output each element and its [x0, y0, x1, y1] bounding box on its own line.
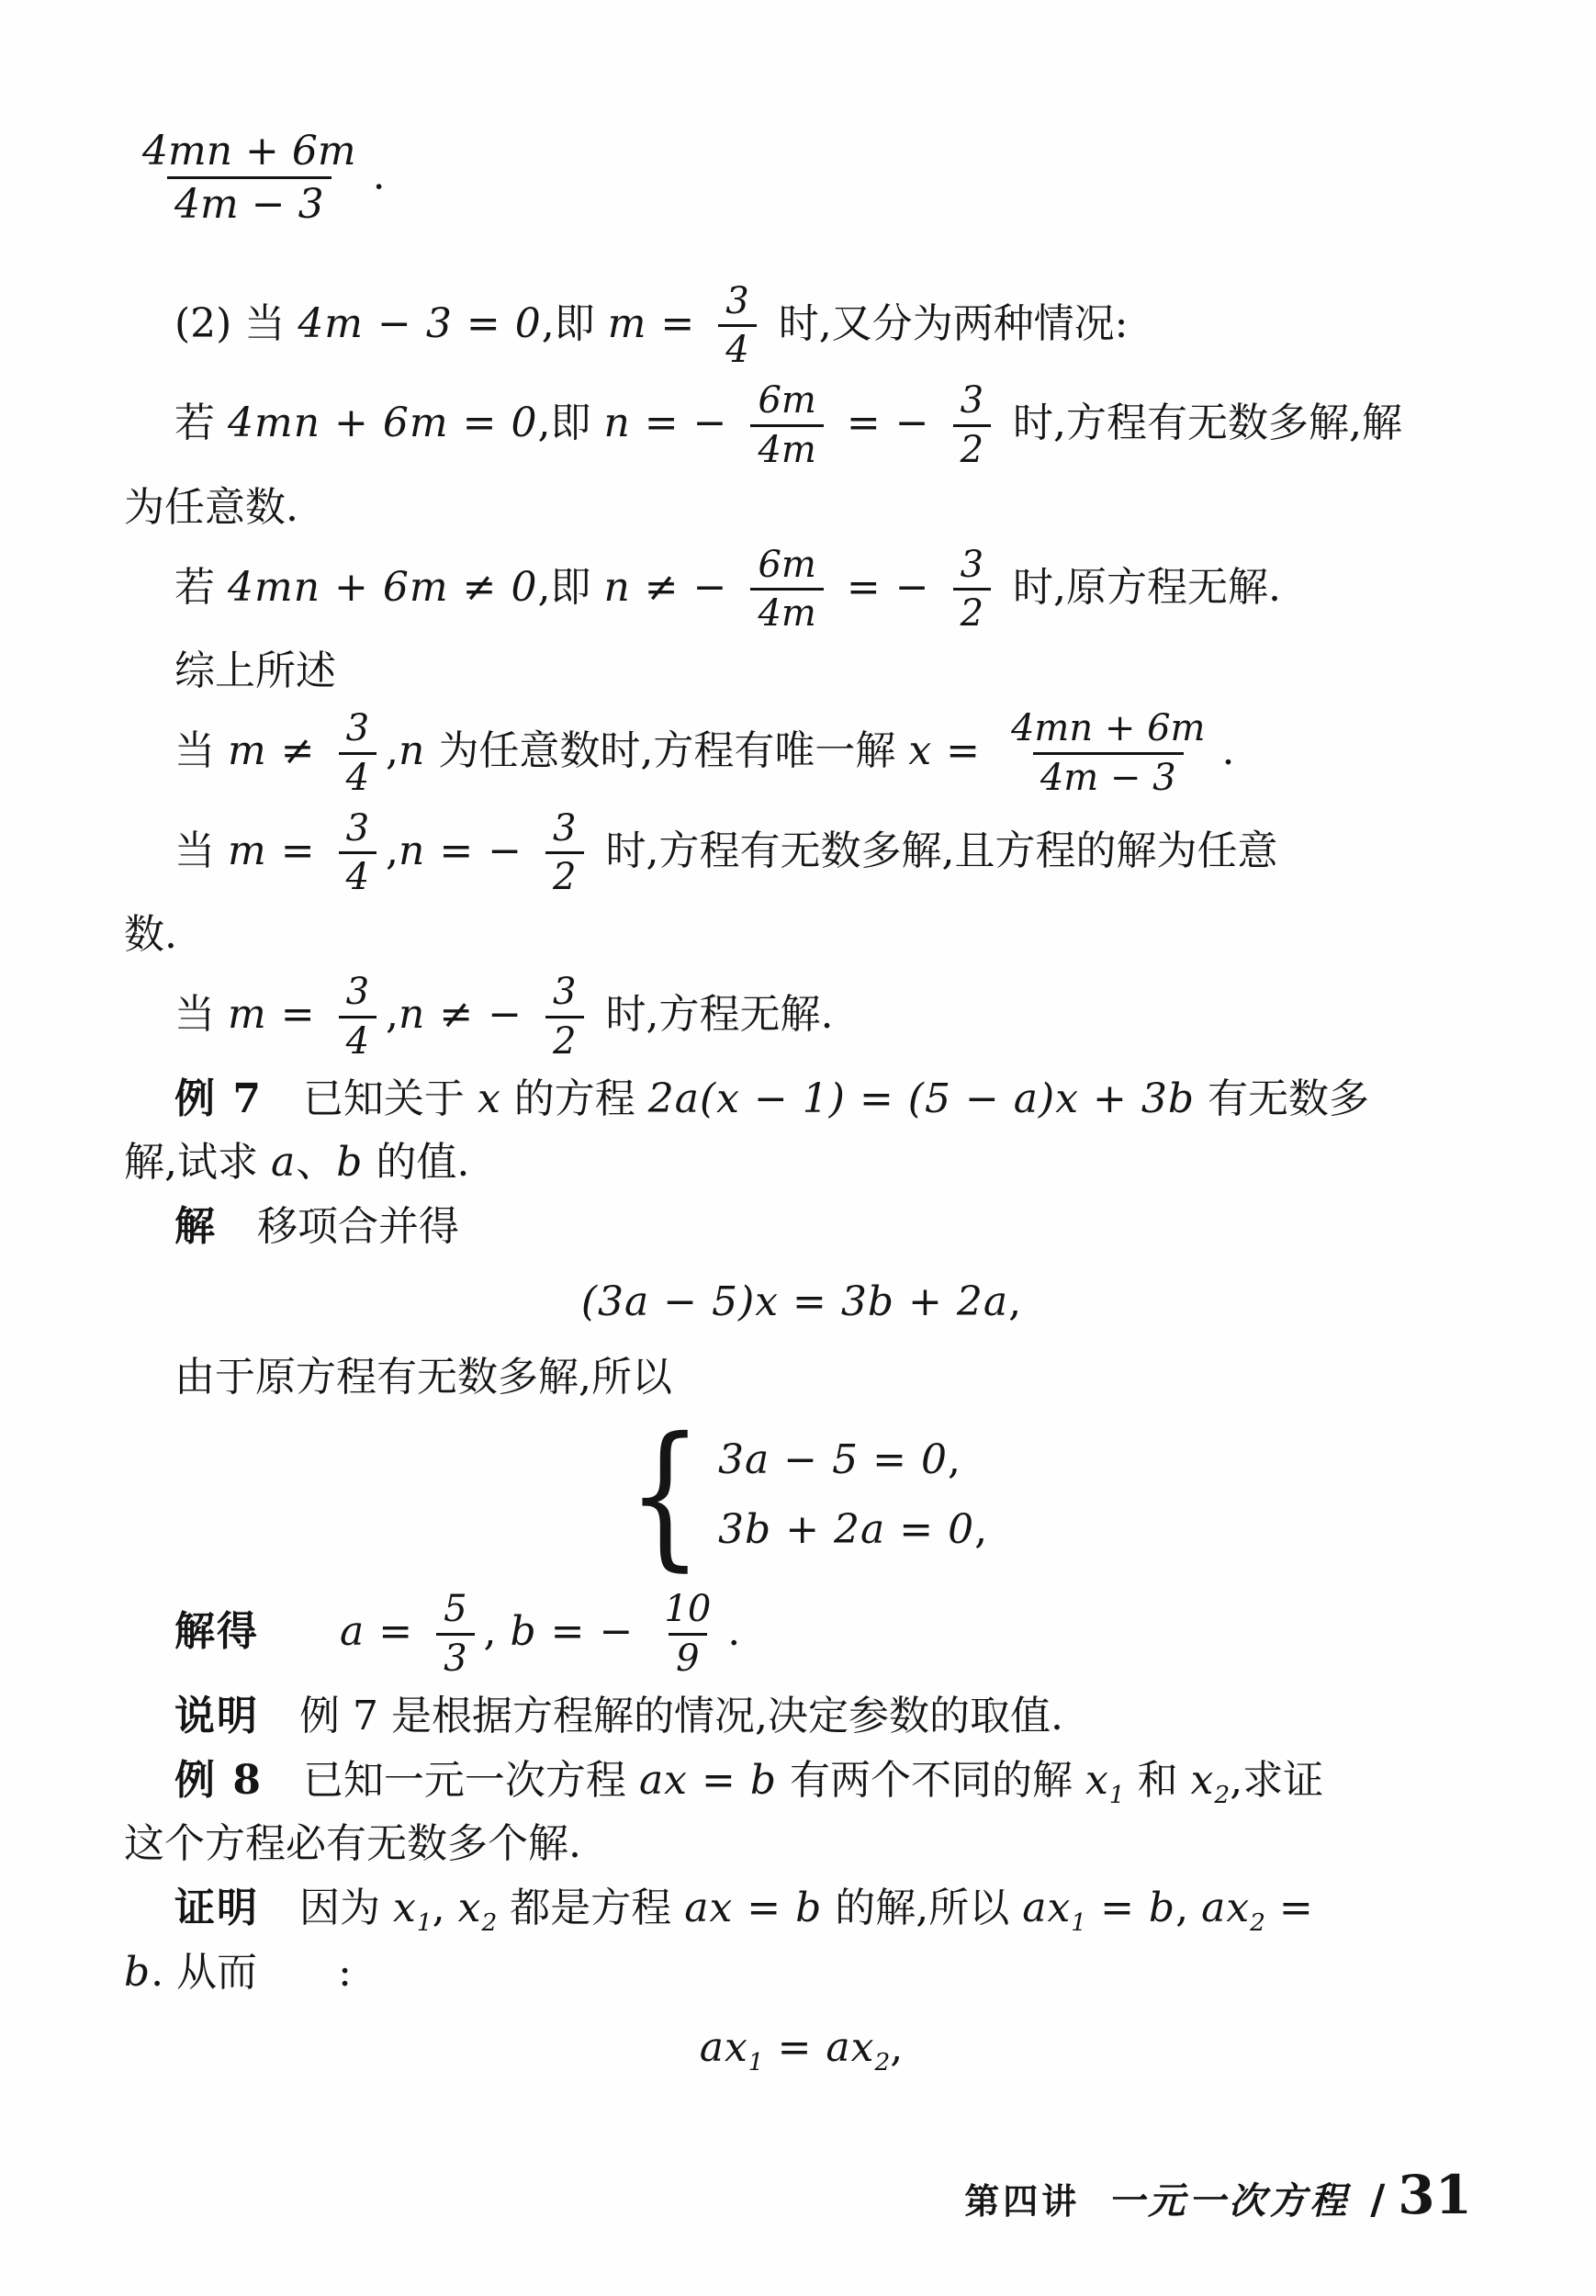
- summary-infinite-solutions: 当 m = 34,n = − 32 时,方程有无数多解,且方程的解为任意: [124, 808, 1478, 899]
- example-7-system: { 3a − 5 = 0, 3b + 2a = 0,: [124, 1429, 1478, 1562]
- example-7-reasoning: 由于原方程有无数多解,所以: [124, 1350, 1478, 1405]
- example-8-statement: 例 8 已知一元一次方程 ax = b 有两个不同的解 x1 和 x2,求证: [124, 1753, 1478, 1808]
- example-7-solution-intro: 解 移项合并得: [124, 1199, 1478, 1255]
- system-row-1: 3a − 5 = 0,: [718, 1433, 987, 1488]
- footer-chapter: 第四讲: [964, 2173, 1080, 2223]
- subcase-infinite-solutions: 若 4mn + 6m = 0,即 n = − 6m4m = − 32 时,方程有…: [124, 380, 1478, 471]
- subcase-no-solution: 若 4mn + 6m ≠ 0,即 n ≠ − 6m4m = − 32 时,原方程…: [124, 545, 1478, 636]
- summary-unique-solution: 当 m ≠ 34,n 为任意数时,方程有唯一解 x = 4mn + 6m4m −…: [124, 708, 1478, 799]
- page-footer: 第四讲 一元一次方程 / 31: [964, 2164, 1472, 2226]
- example-7-statement: 例 7 已知关于 x 的方程 2a(x − 1) = (5 − a)x + 3b…: [124, 1072, 1478, 1127]
- subcase-infinite-solutions-cont: 为任意数.: [124, 480, 1478, 535]
- system-equations: 3a − 5 = 0, 3b + 2a = 0,: [718, 1433, 987, 1558]
- case-2-intro: (2) 当 4m − 3 = 0,即 m = 34 时,又分为两种情况:: [124, 281, 1478, 372]
- example-7-equation-display: (3a − 5)x = 3b + 2a,: [124, 1275, 1478, 1330]
- example-8-statement-cont: 这个方程必有无数多个解.: [124, 1817, 1478, 1872]
- system-left-brace: {: [627, 1429, 702, 1562]
- example-7-remark: 说明 例 7 是根据方程解的情况,决定参数的取值.: [124, 1689, 1478, 1744]
- example-8-proof-intro: 证明 因为 x1, x2 都是方程 ax = b 的解,所以 ax1 = b, …: [124, 1881, 1478, 1936]
- example-7-result: 解得 a = 53, b = − 109.: [124, 1589, 1478, 1680]
- footer-separator: /: [1370, 2177, 1385, 2223]
- summary-heading: 综上所述: [124, 644, 1478, 699]
- fraction-result-display: 4mn + 6m4m − 3.: [135, 129, 1478, 228]
- textbook-page: 4mn + 6m4m − 3. (2) 当 4m − 3 = 0,即 m = 3…: [0, 0, 1596, 2296]
- page-body: 4mn + 6m4m − 3. (2) 当 4m − 3 = 0,即 m = 3…: [0, 0, 1596, 2076]
- footer-page-number: 31: [1398, 2164, 1472, 2226]
- footer-section-title: 一元一次方程: [1107, 2172, 1350, 2224]
- summary-infinite-solutions-cont: 数.: [124, 907, 1478, 962]
- example-8-proof-cont: b. 从而 :: [124, 1945, 1478, 2000]
- example-8-equation-display: ax1 = ax2,: [124, 2020, 1478, 2076]
- summary-no-solution: 当 m = 34,n ≠ − 32 时,方程无解.: [124, 972, 1478, 1063]
- system-row-2: 3b + 2a = 0,: [718, 1503, 987, 1558]
- example-7-statement-cont: 解,试求 a、b 的值.: [124, 1135, 1478, 1190]
